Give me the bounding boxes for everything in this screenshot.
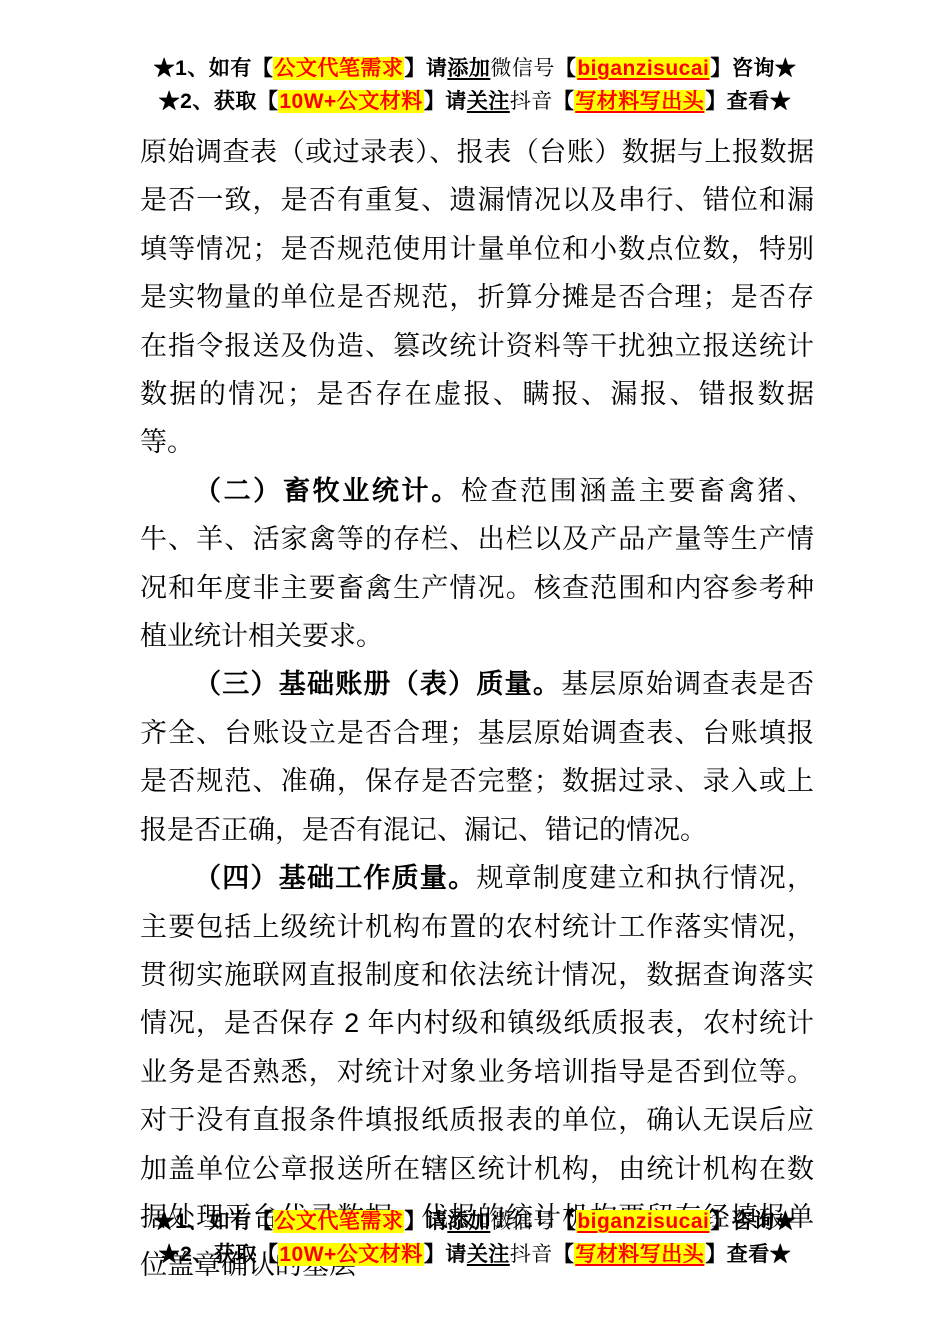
promo-line-1: ★1、如有【公文代笔需求】请添加微信号【biganzisucai】咨询★	[0, 52, 950, 85]
promo1-bracket: 【	[555, 1210, 577, 1233]
promo-line-2: ★2、获取【10W+公文材料】请关注抖音【写材料写出头】查看★	[0, 85, 950, 118]
paragraph-text: 原始调查表（或过录表）、报表（台账）数据与上报数据是否一致，是否有重复、遗漏情况…	[140, 137, 814, 457]
promo2-underline-follow: 关注	[467, 1243, 510, 1266]
promo2-bracket: 【	[553, 1243, 575, 1266]
promo2-douyin-label: 抖音	[510, 1243, 553, 1266]
promo2-suffix: 】查看★	[705, 1243, 791, 1266]
promo1-prefix: ★1、如有【	[154, 1210, 274, 1233]
promo1-highlight-service: 公文代笔需求	[273, 57, 404, 80]
promo1-wechat-id: biganzisucai	[576, 1210, 710, 1233]
promo1-highlight-service: 公文代笔需求	[273, 1210, 404, 1233]
promo1-wechat-label: 微信号	[490, 57, 555, 80]
paragraph-livestock-statistics: （二）畜牧业统计。检查范围涵盖主要畜禽猪、牛、羊、活家禽等的存栏、出栏以及产品产…	[140, 467, 814, 661]
promo2-underline-follow: 关注	[467, 90, 510, 113]
promo2-prefix: ★2、获取【	[159, 1243, 279, 1266]
promo1-underline-add: 添加	[447, 1210, 490, 1233]
promo-line-1: ★1、如有【公文代笔需求】请添加微信号【biganzisucai】咨询★	[0, 1205, 950, 1238]
paragraph-ledger-quality: （三）基础账册（表）质量。基层原始调查表是否齐全、台账设立是否合理；基层原始调查…	[140, 660, 814, 854]
promo-banner-top: ★1、如有【公文代笔需求】请添加微信号【biganzisucai】咨询★ ★2、…	[0, 52, 950, 118]
paragraph-continuation: 原始调查表（或过录表）、报表（台账）数据与上报数据是否一致，是否有重复、遗漏情况…	[140, 128, 814, 467]
promo-line-2: ★2、获取【10W+公文材料】请关注抖音【写材料写出头】查看★	[0, 1238, 950, 1271]
promo1-suffix: 】咨询★	[710, 1210, 796, 1233]
paragraph-lead: （三）基础账册（表）质量。	[194, 669, 561, 699]
promo2-mid: 】请	[424, 90, 467, 113]
promo1-mid: 】请	[404, 57, 447, 80]
promo1-suffix: 】咨询★	[710, 57, 796, 80]
promo2-mid: 】请	[424, 1243, 467, 1266]
promo2-douyin-id: 写材料写出头	[574, 90, 705, 113]
paragraph-lead: （二）畜牧业统计。	[194, 476, 461, 506]
promo-banner-bottom: ★1、如有【公文代笔需求】请添加微信号【biganzisucai】咨询★ ★2、…	[0, 1205, 950, 1271]
promo1-underline-add: 添加	[447, 57, 490, 80]
promo2-douyin-id: 写材料写出头	[574, 1243, 705, 1266]
promo1-bracket: 【	[555, 57, 577, 80]
document-page: ★1、如有【公文代笔需求】请添加微信号【biganzisucai】咨询★ ★2、…	[0, 0, 950, 1344]
promo2-highlight-materials: 10W+公文材料	[278, 1243, 423, 1266]
paragraph-lead: （四）基础工作质量。	[194, 863, 476, 893]
promo2-prefix: ★2、获取【	[159, 90, 279, 113]
promo2-highlight-materials: 10W+公文材料	[278, 90, 423, 113]
promo1-wechat-label: 微信号	[490, 1210, 555, 1233]
promo2-suffix: 】查看★	[705, 90, 791, 113]
promo1-mid: 】请	[404, 1210, 447, 1233]
promo1-prefix: ★1、如有【	[154, 57, 274, 80]
promo2-bracket: 【	[553, 90, 575, 113]
document-text: 原始调查表（或过录表）、报表（台账）数据与上报数据是否一致，是否有重复、遗漏情况…	[140, 128, 814, 1290]
promo1-wechat-id: biganzisucai	[576, 57, 710, 80]
promo2-douyin-label: 抖音	[510, 90, 553, 113]
